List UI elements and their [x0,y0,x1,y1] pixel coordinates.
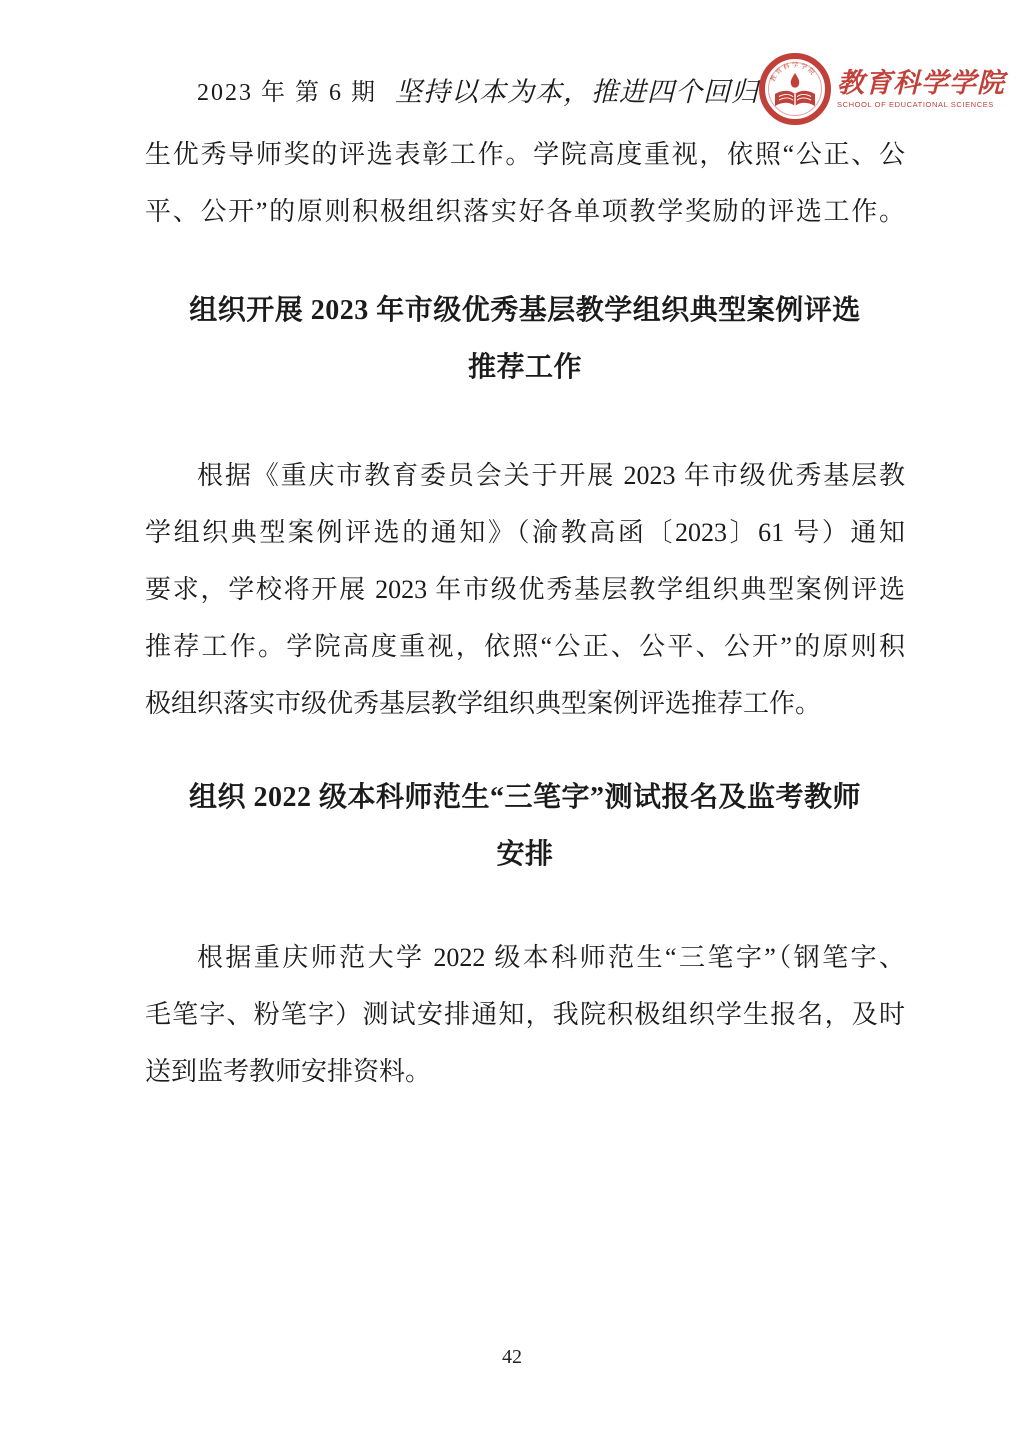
section2-paragraph: 根据重庆师范大学 2022 级本科师范生“三笔字”（钢笔字、 毛笔字、粉笔字）测… [145,929,905,1100]
heading-line: 组织开展 2023 年市级优秀基层教学组织典型案例评选 [145,282,905,339]
school-name: 教育科学学院 [837,69,1005,99]
school-seal-icon: 教 育 科 学 学 院 [759,53,831,125]
bulletin-page: 2023 年 第 6 期 坚持以本为本，推进四个回归 教 育 科 学 学 院 教… [0,0,1024,1448]
paragraph-line: 要求，学校将开展 2023 年市级优秀基层教学组织典型案例评选 [145,561,905,618]
paragraph-line: 生优秀导师奖的评选表彰工作。学院高度重视，依照“公正、公 [145,126,905,183]
issue-label: 2023 年 第 6 期 [197,72,377,107]
heading-line: 推荐工作 [145,339,905,396]
brand-text-block: 教育科学学院 SCHOOL OF EDUCATIONAL SCIENCES [837,69,1005,110]
page-number: 42 [0,1346,1024,1369]
page-header: 2023 年 第 6 期 坚持以本为本，推进四个回归 教 育 科 学 学 院 教… [0,0,1024,126]
paragraph-line: 毛笔字、粉笔字）测试安排通知，我院积极组织学生报名，及时 [145,986,905,1043]
school-name-english: SCHOOL OF EDUCATIONAL SCIENCES [837,100,994,109]
paragraph-line: 根据《重庆市教育委员会关于开展 2023 年市级优秀基层教 [145,447,905,504]
school-brand: 教 育 科 学 学 院 教育科学学院 SCHOOL OF EDUCATIONAL… [759,53,1005,125]
paragraph-line: 学组织典型案例评选的通知》（渝教高函〔2023〕61 号）通知 [145,504,905,561]
heading-line: 组织 2022 级本科师范生“三笔字”测试报名及监考教师 [145,769,905,826]
paragraph-line: 推荐工作。学院高度重视，依照“公正、公平、公开”的原则积 [145,618,905,675]
section2-heading: 组织 2022 级本科师范生“三笔字”测试报名及监考教师 安排 [145,769,905,883]
paragraph-line: 根据重庆师范大学 2022 级本科师范生“三笔字”（钢笔字、 [145,929,905,986]
section1-heading: 组织开展 2023 年市级优秀基层教学组织典型案例评选 推荐工作 [145,282,905,396]
paragraph-line: 极组织落实市级优秀基层教学组织典型案例评选推荐工作。 [145,675,905,732]
page-content: 生优秀导师奖的评选表彰工作。学院高度重视，依照“公正、公 平、公开”的原则积极组… [145,126,905,1100]
paragraph-line: 送到监考教师安排资料。 [145,1043,905,1100]
header-slogan: 坚持以本为本，推进四个回归 [377,70,759,109]
section1-paragraph: 根据《重庆市教育委员会关于开展 2023 年市级优秀基层教 学组织典型案例评选的… [145,447,905,732]
heading-line: 安排 [145,826,905,883]
paragraph-line: 平、公开”的原则积极组织落实好各单项教学奖励的评选工作。 [145,183,905,240]
intro-paragraph: 生优秀导师奖的评选表彰工作。学院高度重视，依照“公正、公 平、公开”的原则积极组… [145,126,905,240]
